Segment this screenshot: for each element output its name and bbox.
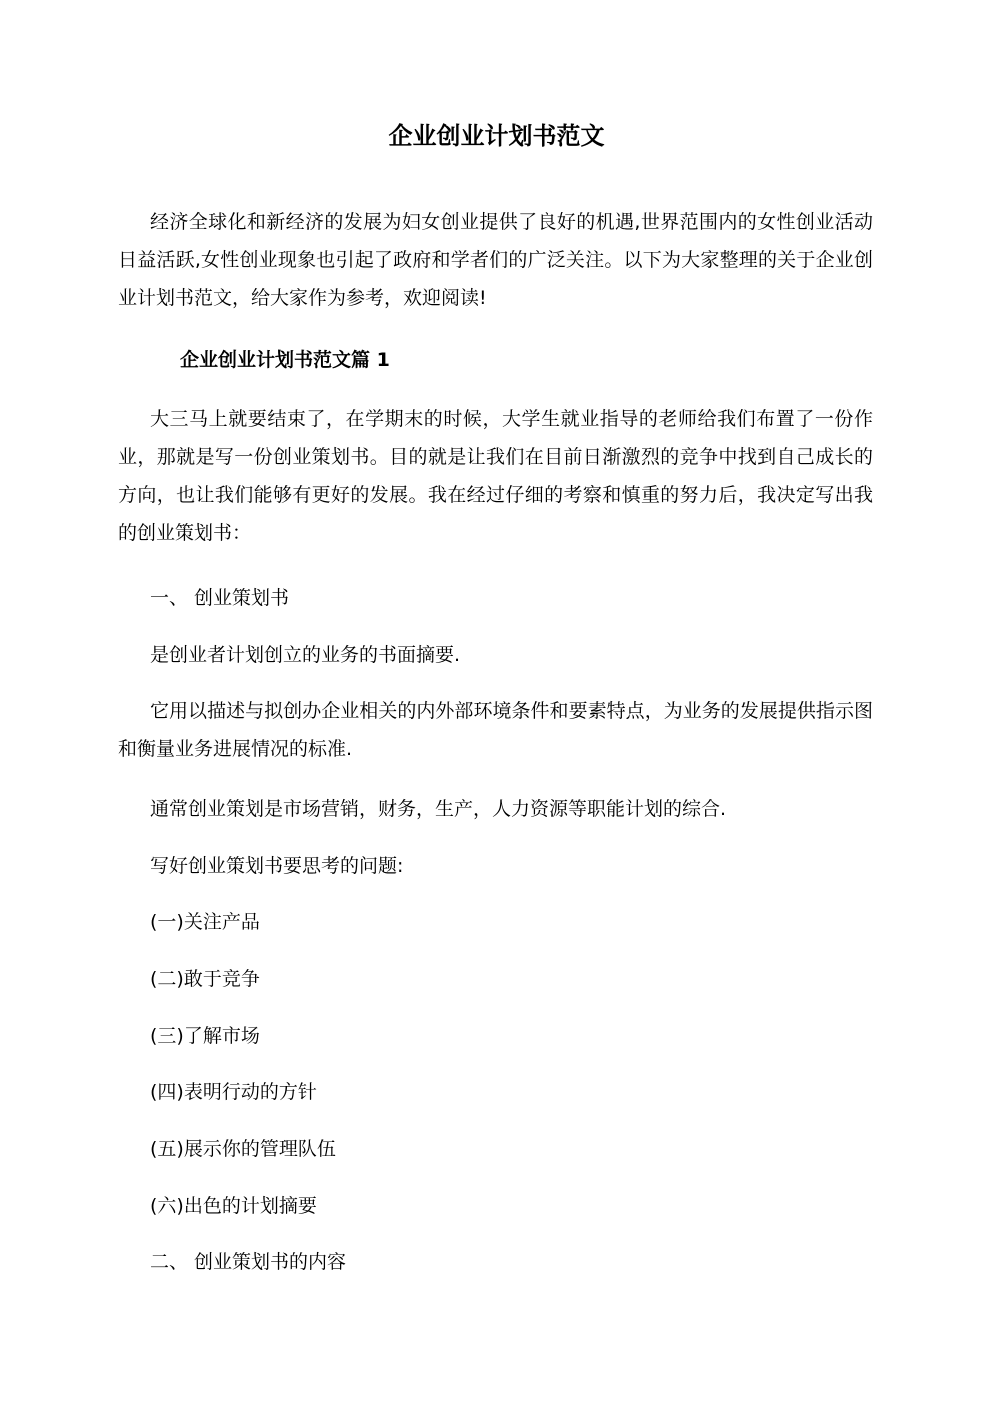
body-paragraph-1: 大三马上就要结束了，在学期末的时候，大学生就业指导的老师给我们布置了一份作业，那… (118, 400, 873, 552)
question-item: (五)展示你的管理队伍 (150, 1134, 336, 1164)
questions-intro: 写好创业策划书要思考的问题: (150, 851, 403, 881)
question-item: (四)表明行动的方针 (150, 1077, 317, 1107)
question-item: (六)出色的计划摘要 (150, 1191, 317, 1221)
question-item: (二)敢于竞争 (150, 964, 260, 994)
intro-paragraph: 经济全球化和新经济的发展为妇女创业提供了良好的机遇,世界范围内的女性创业活动日益… (118, 203, 873, 317)
summary-line: 通常创业策划是市场营销，财务，生产，人力资源等职能计划的综合. (150, 794, 726, 824)
description-paragraph: 它用以描述与拟创办企业相关的内外部环境条件和要素特点，为业务的发展提供指示图和衡… (118, 692, 873, 768)
question-item: (三)了解市场 (150, 1021, 260, 1051)
section-heading: 企业创业计划书范文篇 1 (180, 345, 390, 375)
part-1-heading: 一、 创业策划书 (150, 583, 289, 613)
part-2-heading: 二、 创业策划书的内容 (150, 1247, 346, 1277)
document-title: 企业创业计划书范文 (0, 118, 993, 154)
document-page: 企业创业计划书范文 经济全球化和新经济的发展为妇女创业提供了良好的机遇,世界范围… (0, 0, 993, 1404)
definition-line: 是创业者计划创立的业务的书面摘要. (150, 640, 460, 670)
question-item: (一)关注产品 (150, 907, 260, 937)
